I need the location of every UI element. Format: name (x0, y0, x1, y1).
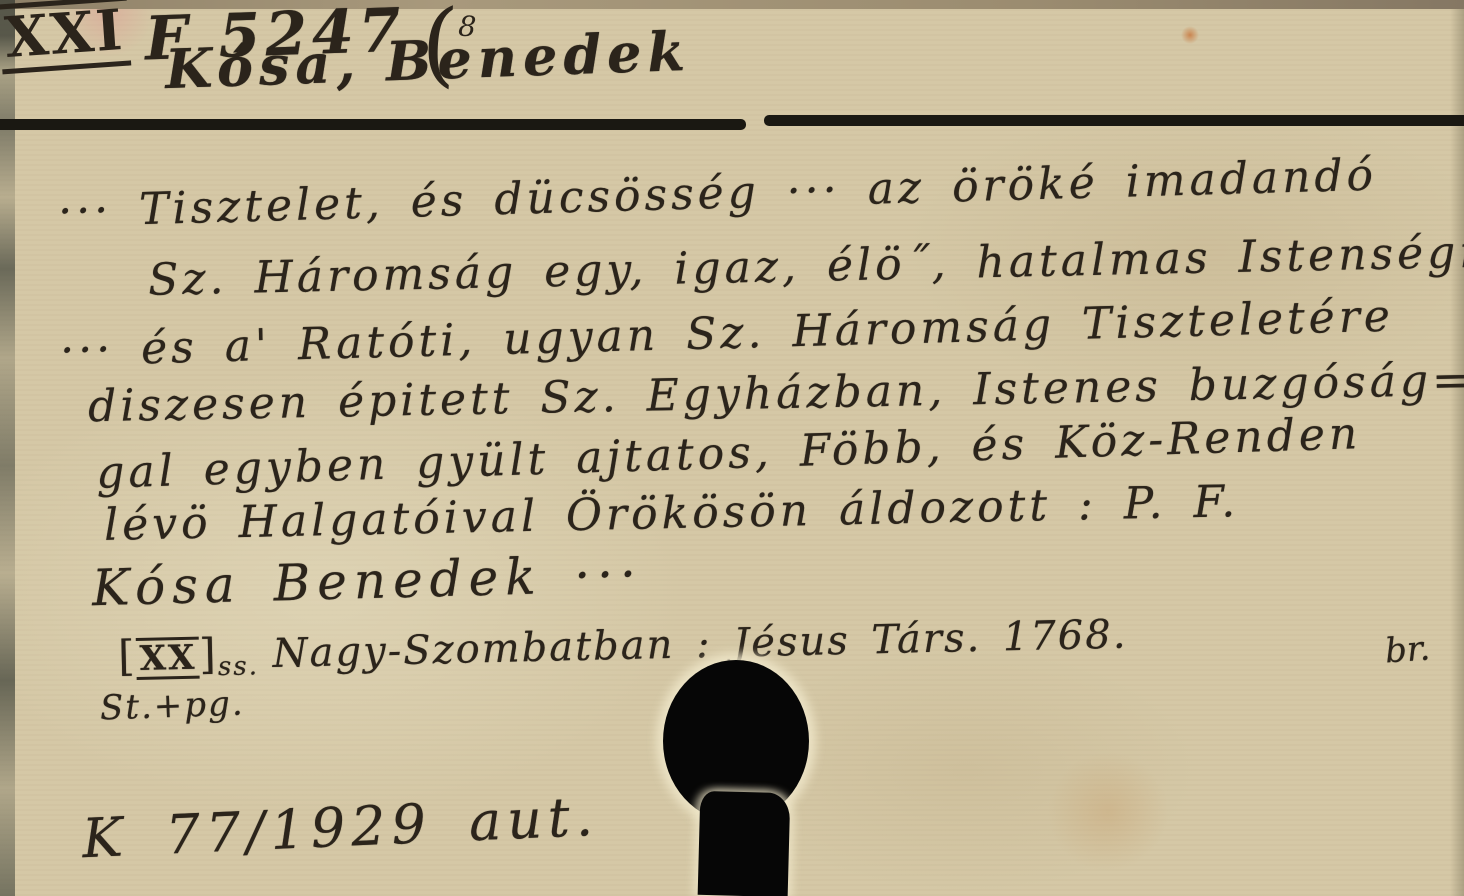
imprint-line: [XX]ss.Nagy-Szombatban : Jésus Társ. 176… (118, 609, 1128, 681)
call-number: XXI F 5247 (8 (0, 0, 1464, 70)
format-mark: (8 (420, 8, 476, 63)
format-size: 8 (457, 10, 477, 44)
ruled-line-left (0, 119, 746, 130)
bracket-open: [ (118, 631, 137, 680)
punch-hole-stem (698, 791, 791, 896)
manuscript-line-7: Kósa Benedek ··· (91, 545, 643, 617)
binding-note: br. (1384, 628, 1432, 671)
accession-number: K 77/1929 aut. (81, 785, 600, 870)
bracket-class-mark: XX (136, 637, 200, 680)
publication-statement: Nagy-Szombatban : Jésus Társ. 1768. (272, 612, 1128, 677)
scan-edge-left (0, 0, 15, 896)
bracket-close: ] (199, 629, 218, 678)
manuscript-line-1: ··· Tisztelet, és dücsösség ··· az öröké… (58, 150, 1378, 238)
class-mark: XXI (0, 0, 131, 74)
catalog-card-scan: Kósa, Benedek XXI F 5247 (8 ··· Tisztele… (0, 0, 1464, 896)
shelf-number: F 5247 (144, 0, 407, 75)
format-paren: ( (418, 0, 459, 97)
ruled-line-right (764, 115, 1464, 126)
bracket-suffix: ss. (218, 651, 260, 682)
collation-note: St.+pg. (99, 683, 245, 728)
